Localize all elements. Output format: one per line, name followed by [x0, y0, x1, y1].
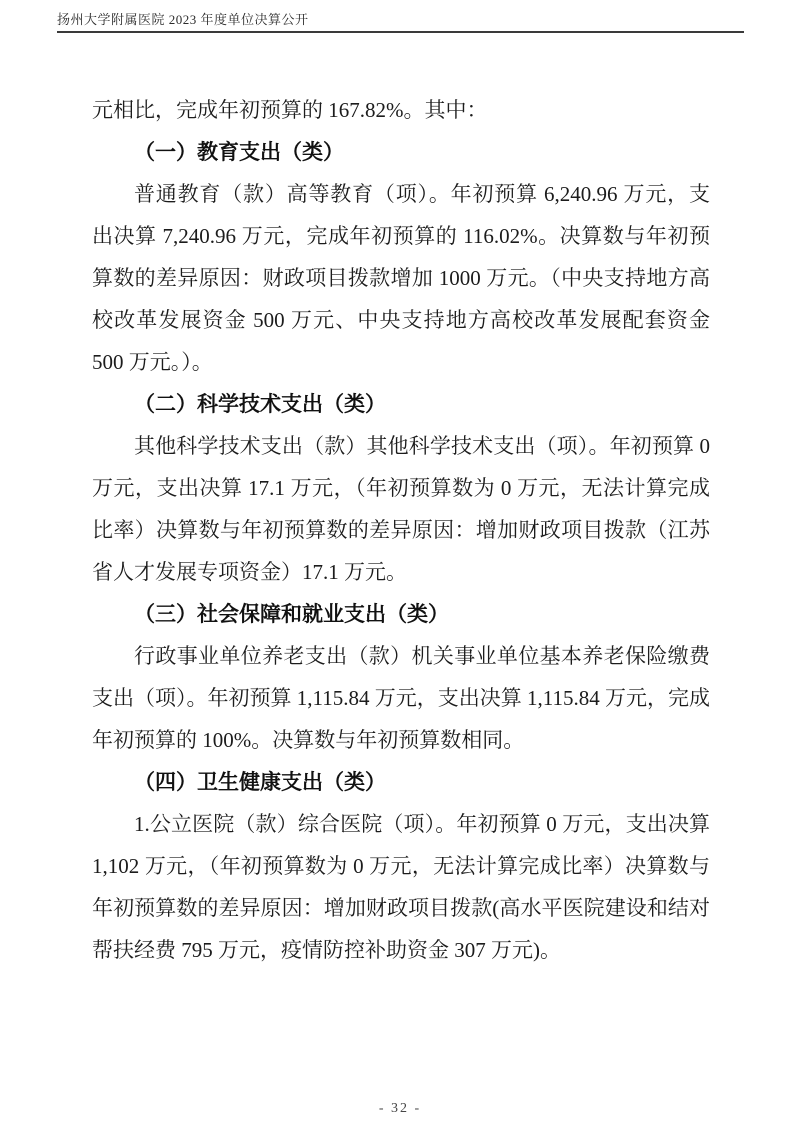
document-body: 元相比，完成年初预算的 167.82%。其中：（一）教育支出（类）普通教育（款）… — [92, 89, 710, 971]
body-paragraph: 其他科学技术支出（款）其他科学技术支出（项）。年初预算 0 万元，支出决算 17… — [92, 425, 710, 593]
section-heading: （四）卫生健康支出（类） — [92, 761, 710, 803]
document-page: 扬州大学附属医院 2023 年度单位决算公开 元相比，完成年初预算的 167.8… — [0, 0, 800, 1131]
body-paragraph: 元相比，完成年初预算的 167.82%。其中： — [92, 89, 710, 131]
body-paragraph: 1.公立医院（款）综合医院（项）。年初预算 0 万元，支出决算 1,102 万元… — [92, 803, 710, 971]
section-heading: （二）科学技术支出（类） — [92, 383, 710, 425]
section-heading: （一）教育支出（类） — [92, 131, 710, 173]
page-number: - 32 - — [379, 1101, 421, 1116]
body-paragraph: 普通教育（款）高等教育（项）。年初预算 6,240.96 万元，支出决算 7,2… — [92, 173, 710, 383]
section-heading: （三）社会保障和就业支出（类） — [92, 593, 710, 635]
body-paragraph: 行政事业单位养老支出（款）机关事业单位基本养老保险缴费支出（项）。年初预算 1,… — [92, 635, 710, 761]
header-title: 扬州大学附属医院 2023 年度单位决算公开 — [57, 12, 744, 28]
page-header: 扬州大学附属医院 2023 年度单位决算公开 — [57, 12, 744, 33]
page-footer: - 32 - — [0, 1099, 800, 1131]
